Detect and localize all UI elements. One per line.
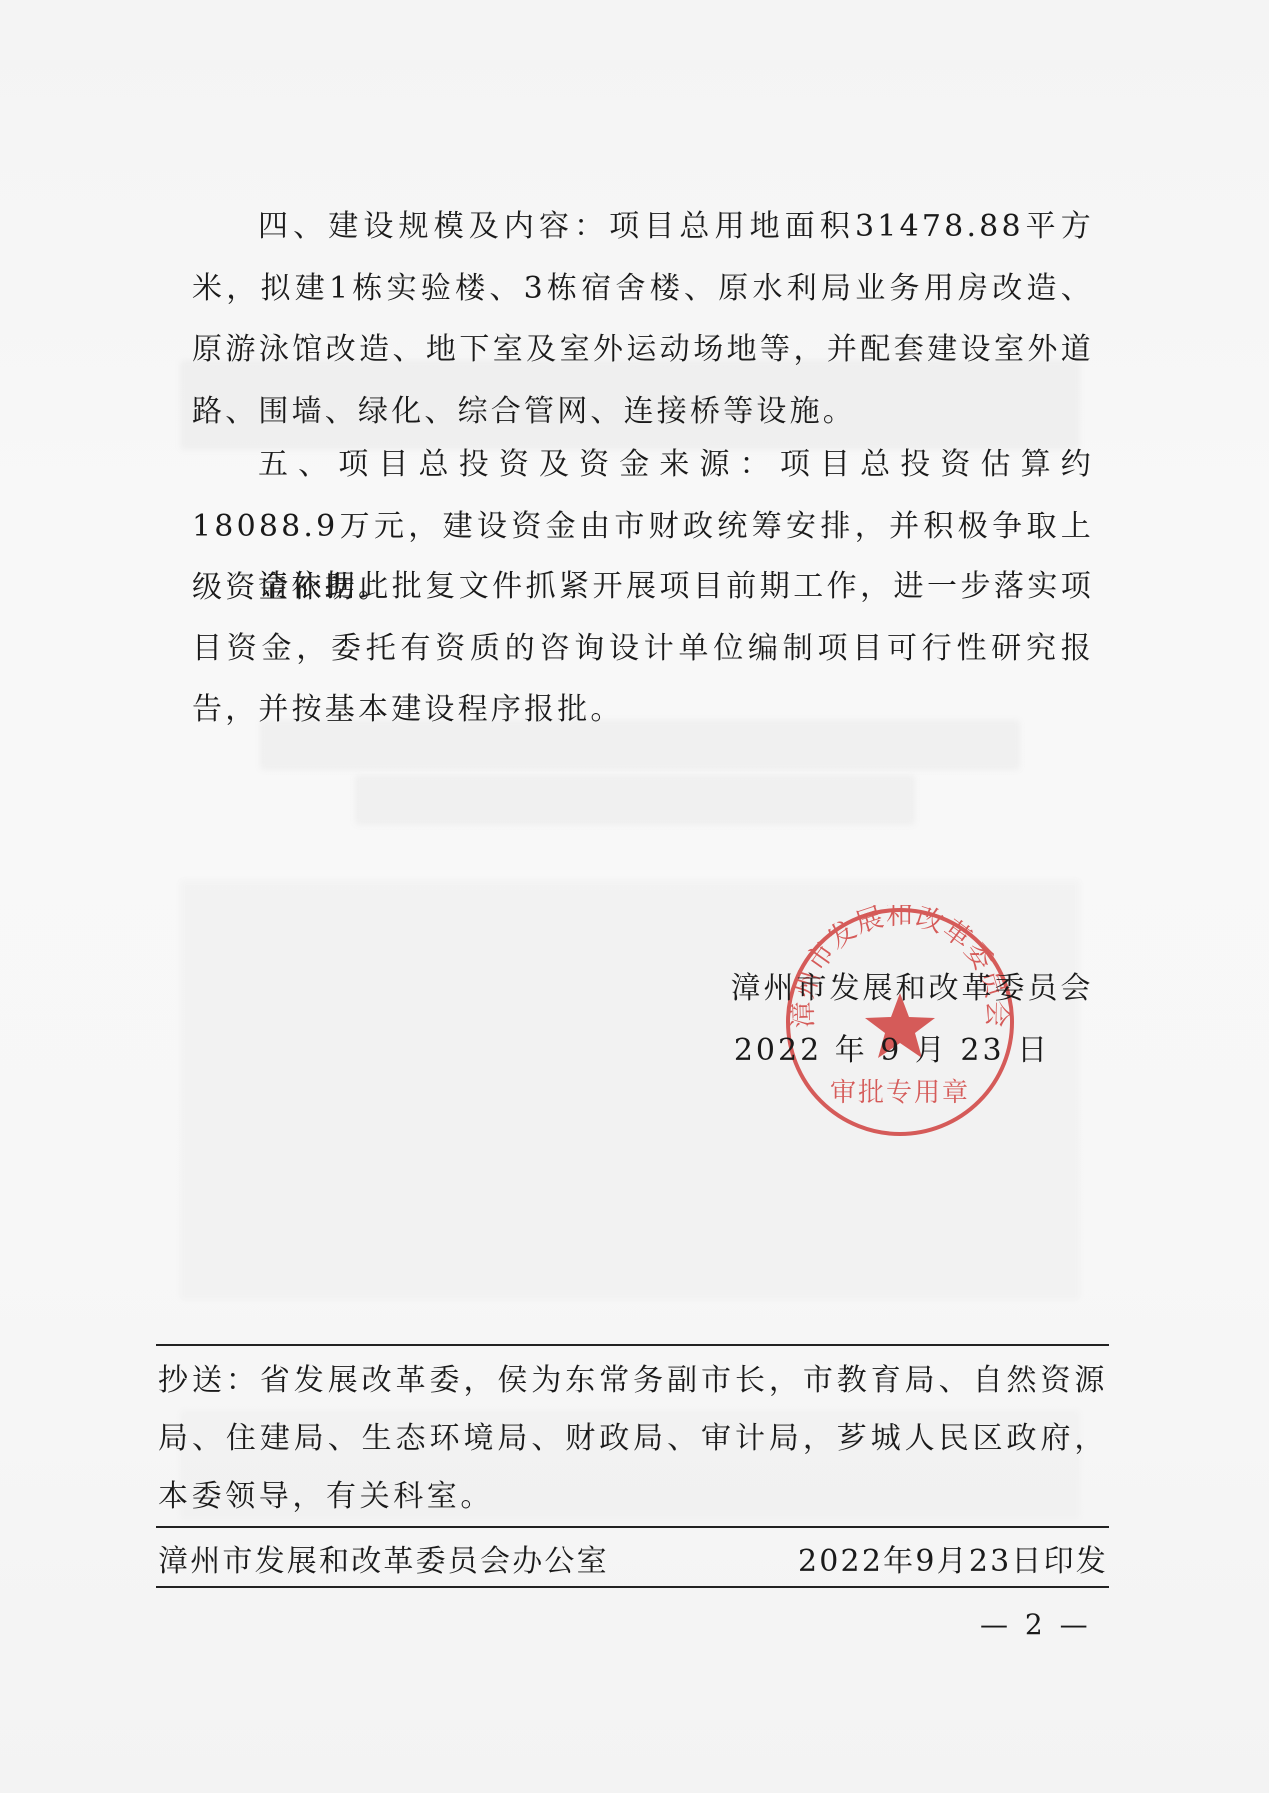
closing-instruction-paragraph: 请依据此批复文件抓紧开展项目前期工作，进一步落实项目资金，委托有资质的咨询设计单… bbox=[192, 556, 1094, 741]
divider-line bbox=[156, 1344, 1109, 1346]
section-4-paragraph: 四、建设规模及内容：项目总用地面积31478.88平方米，拟建1栋实验楼、3栋宿… bbox=[192, 196, 1094, 442]
signature-date: 2022 年 9 月 23 日 bbox=[682, 1020, 1102, 1082]
print-date: 2022年9月23日印发 bbox=[798, 1536, 1108, 1580]
signature-block: 漳州市发展和改革委员会 2022 年 9 月 23 日 bbox=[722, 958, 1102, 1082]
divider-line bbox=[156, 1526, 1109, 1528]
bleed-through-shade bbox=[355, 775, 915, 825]
divider-line bbox=[156, 1586, 1109, 1588]
print-issuer: 漳州市发展和改革委员会办公室 bbox=[158, 1536, 609, 1580]
document-page: 四、建设规模及内容：项目总用地面积31478.88平方米，拟建1栋实验楼、3栋宿… bbox=[0, 0, 1269, 1793]
print-info-line: 漳州市发展和改革委员会办公室 2022年9月23日印发 bbox=[158, 1530, 1108, 1586]
seal-bottom-text: 审批专用章 bbox=[830, 1078, 970, 1108]
cc-list: 抄送：省发展改革委，侯为东常务副市长，市教育局、自然资源局、住建局、生态环境局、… bbox=[158, 1352, 1108, 1526]
signature-organization: 漳州市发展和改革委员会 bbox=[722, 958, 1102, 1020]
page-number: — 2 — bbox=[980, 1608, 1092, 1641]
